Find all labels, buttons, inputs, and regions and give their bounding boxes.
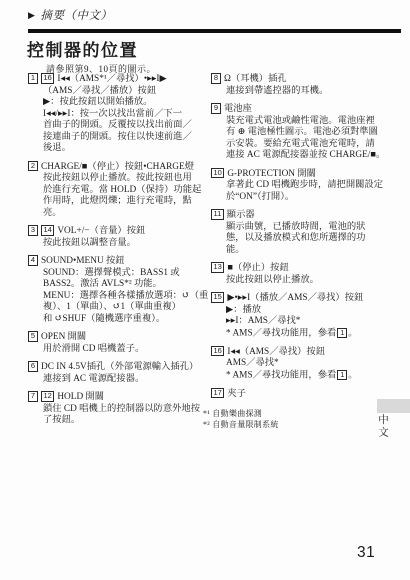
item-text-line: SOUND：選擇聲模式：BASS1 或 — [43, 268, 211, 280]
item-text-line: ▶：播放 — [226, 305, 394, 317]
footnotes: *¹ 自動樂曲探測*² 自動音量限制系統 — [203, 408, 394, 430]
item-text-line: 亮。 — [43, 208, 211, 220]
triangle-marker-icon: ▶ — [28, 10, 35, 20]
item-description: 連接到帶遙控器的耳機。 — [226, 86, 394, 98]
item-text-line: 首曲子的開頭。反覆按以找出前面／ — [43, 120, 211, 132]
item-title: OPEN 開關 — [41, 332, 86, 342]
item-text-line: （AMS／尋找／播放）按鈕 — [43, 86, 211, 98]
manual-item: 10G-PROTECTION 開關拿著此 CD 唱機跑步時，請把開關設定於“ON… — [211, 168, 394, 204]
item-text-line: * AMS／尋找功能用，參看1。 — [226, 328, 394, 340]
item-title: SOUND•MENU 按鈕 — [41, 256, 125, 266]
item-title: 電池座 — [224, 104, 252, 114]
item-text-line: 和 ↺SHUF（隨機選序重複）。 — [43, 314, 211, 326]
item-description: 按此按鈕以停止播放。按此按鈕也用於進行充電。當 HOLD（保持）功能起作用時，此… — [43, 173, 211, 219]
item-number-box: 11 — [211, 209, 224, 220]
item-title: 顯示器 — [227, 210, 255, 220]
item-text-line: 後退。 — [43, 143, 211, 155]
item-description: 拿著此 CD 唱機跑步時，請把開關設定於“ON”（打開）。 — [226, 180, 394, 203]
footnote-line: *² 自動音量限制系統 — [203, 419, 394, 430]
item-text-line: 於進行充電。當 HOLD（保持）功能起 — [43, 185, 211, 197]
item-heading: 16I◂◂（AMS／尋找）按鈕 — [211, 346, 394, 359]
item-number-box: 6 — [28, 361, 38, 372]
footnote-line: *¹ 自動樂曲探測 — [203, 408, 394, 419]
page-title: 控制器的位置 — [27, 36, 138, 61]
section-header-label: 摘要（中文） — [40, 10, 112, 22]
manual-item: 15▶•▸▸I（播放／AMS／尋找）按鈕▶：播放▸▸I：AMS／尋找** AMS… — [211, 292, 394, 340]
manual-item: 9電池座裝充電式電池或鹼性電池。電池座裡有 ⊕ 電池極性圖示。電池必須對準圖示安… — [211, 103, 394, 162]
item-text-line: ▶：按此按鈕以開始播放。 — [43, 97, 211, 109]
item-text-line: 作用時，此燈閃爍；進行充電時，點 — [43, 196, 211, 208]
item-text-line: ▸▸I：AMS／尋找* — [226, 316, 394, 328]
item-title: HOLD 開關 — [57, 392, 104, 402]
item-description: ▶：播放▸▸I：AMS／尋找** AMS／尋找功能用，參看1。 — [226, 305, 394, 340]
item-text-line: 連接到帶遙控器的耳機。 — [226, 86, 394, 98]
item-heading: 116I◂◂（AMS*¹／尋找）•▸▸I▶ — [28, 73, 211, 86]
item-heading: 314VOL+/−（音量）按鈕 — [28, 225, 211, 238]
item-text-line: 按此按鈕以停止播放。按此按鈕也用 — [43, 173, 211, 185]
item-text-line: 態，以及播放模式和您所選擇的功 — [226, 233, 394, 245]
item-number-box: 5 — [28, 331, 38, 342]
item-heading: 15▶•▸▸I（播放／AMS／尋找）按鈕 — [211, 292, 394, 305]
manual-item: 16I◂◂（AMS／尋找）按鈕AMS／尋找** AMS／尋找功能用，參看1。 — [211, 346, 394, 382]
item-number-box: 7 — [28, 391, 38, 402]
item-number-box: 13 — [211, 262, 224, 273]
item-description: 連接到 AC 電源配接器。 — [43, 374, 211, 386]
manual-item: 314VOL+/−（音量）按鈕按此按鈕以調整音量。 — [28, 225, 211, 249]
item-text-line: 用於滑開 CD 唱機蓋子。 — [43, 344, 211, 356]
item-text-line: 於“ON”（打開）。 — [226, 192, 394, 204]
section-header: ▶摘要（中文） — [28, 7, 112, 23]
item-number-box: 3 — [28, 225, 38, 236]
right-column: 8Ω（耳機）插孔連接到帶遙控器的耳機。9電池座裝充電式電池或鹼性電池。電池座裡有… — [211, 73, 394, 433]
item-text-line: 連接到 AC 電源配接器。 — [43, 374, 211, 386]
item-text-line: 了按鈕。 — [43, 415, 211, 427]
manual-item: 8Ω（耳機）插孔連接到帶遙控器的耳機。 — [211, 73, 394, 97]
item-title: I◂◂（AMS*¹／尋找）•▸▸I▶ — [57, 74, 166, 84]
item-text-line: 鎖住 CD 唱機上的控制器以防意外地按 — [43, 404, 211, 416]
item-heading: 4SOUND•MENU 按鈕 — [28, 255, 211, 268]
item-text-line: I◂◂/▸▸I：按一次以找出當前／下一 — [43, 109, 211, 121]
item-heading: 13■（停止）按鈕 — [211, 262, 394, 275]
manual-item: 6DC IN 4.5V插孔（外部電源輸入插孔）連接到 AC 電源配接器。 — [28, 361, 211, 385]
item-number-box: 16 — [211, 346, 224, 357]
item-heading: 712HOLD 開關 — [28, 391, 211, 404]
manual-item: 116I◂◂（AMS*¹／尋找）•▸▸I▶（AMS／尋找／播放）按鈕▶：按此按鈕… — [28, 73, 211, 155]
item-text-line: 接連曲子的開頭。按住以快速前進／ — [43, 132, 211, 144]
item-number-box: 10 — [211, 168, 224, 179]
item-heading: 11顯示器 — [211, 209, 394, 222]
manual-item: 17夾子 — [211, 388, 394, 401]
item-number-box: 12 — [41, 391, 54, 402]
item-description: SOUND：選擇聲模式：BASS1 或BASS2。激活 AVLS*² 功能。ME… — [43, 268, 211, 326]
item-text-line: 連接 AC 電源配接器並按 CHARGE/■。 — [226, 150, 394, 162]
item-heading: 9電池座 — [211, 103, 394, 116]
item-title: 夾子 — [227, 389, 246, 399]
page-number: 31 — [357, 544, 375, 562]
manual-item: 13■（停止）按鈕按此按鈕以停止播放。 — [211, 262, 394, 286]
item-number-box: 1 — [28, 73, 38, 84]
item-heading: 5OPEN 開關 — [28, 331, 211, 344]
item-reference-box: 1 — [337, 370, 347, 381]
item-description: 鎖住 CD 唱機上的控制器以防意外地按了按鈕。 — [43, 404, 211, 427]
item-description: 按此按鈕以調整音量。 — [43, 238, 211, 250]
item-number-box: 16 — [41, 73, 54, 84]
item-text-line: BASS2。激活 AVLS*² 功能。 — [43, 279, 211, 291]
item-title: ▶•▸▸I（播放／AMS／尋找）按鈕 — [227, 293, 363, 303]
item-number-box: 15 — [211, 292, 224, 303]
item-text-line: 裝充電式電池或鹼性電池。電池座裡 — [226, 116, 394, 128]
item-text-line: 拿著此 CD 唱機跑步時，請把開關設定 — [226, 180, 394, 192]
item-text-line: 示安裝。要給充電式電池充電時，請 — [226, 139, 394, 151]
item-title: VOL+/−（音量）按鈕 — [57, 226, 145, 236]
manual-item: 2CHARGE/■（停止）按鈕•CHARGE燈按此按鈕以停止播放。按此按鈕也用於… — [28, 161, 211, 220]
item-heading: 17夾子 — [211, 388, 394, 401]
item-number-box: 2 — [28, 161, 38, 172]
item-text-line: 顯示曲號，已播放時間，電池的狀 — [226, 222, 394, 234]
item-reference-box: 1 — [337, 328, 347, 339]
item-number-box: 4 — [28, 255, 38, 266]
item-description: 裝充電式電池或鹼性電池。電池座裡有 ⊕ 電池極性圖示。電池必須對準圖示安裝。要給… — [226, 116, 394, 162]
item-text-line: 有 ⊕ 電池極性圖示。電池必須對準圖 — [226, 127, 394, 139]
left-column: 116I◂◂（AMS*¹／尋找）•▸▸I▶（AMS／尋找／播放）按鈕▶：按此按鈕… — [28, 73, 211, 433]
item-title: I◂◂（AMS／尋找）按鈕 — [227, 347, 325, 357]
item-number-box: 8 — [211, 73, 221, 84]
item-title: CHARGE/■（停止）按鈕•CHARGE燈 — [41, 162, 194, 172]
language-tab-label: 中文 — [375, 414, 390, 439]
item-description: 按此按鈕以停止播放。 — [226, 275, 394, 287]
item-text-line: 能。 — [226, 245, 394, 257]
two-column-body: 116I◂◂（AMS*¹／尋找）•▸▸I▶（AMS／尋找／播放）按鈕▶：按此按鈕… — [28, 73, 404, 433]
item-text-line: 按此按鈕以停止播放。 — [226, 275, 394, 287]
item-title: DC IN 4.5V插孔（外部電源輸入插孔） — [41, 362, 198, 372]
item-description: 顯示曲號，已播放時間，電池的狀態，以及播放模式和您所選擇的功能。 — [226, 222, 394, 257]
manual-item: 11顯示器顯示曲號，已播放時間，電池的狀態，以及播放模式和您所選擇的功能。 — [211, 209, 394, 256]
item-text-line: AMS／尋找* — [226, 358, 394, 370]
manual-item: 5OPEN 開關用於滑開 CD 唱機蓋子。 — [28, 331, 211, 355]
manual-page: ▶摘要（中文） 控制器的位置 請參照第9、10頁的圖示。 116I◂◂（AMS*… — [0, 0, 410, 580]
language-tab-marker — [377, 399, 410, 413]
header-rule — [28, 29, 401, 33]
item-text-line: 按此按鈕以調整音量。 — [43, 238, 211, 250]
manual-item: 4SOUND•MENU 按鈕SOUND：選擇聲模式：BASS1 或BASS2。激… — [28, 255, 211, 325]
item-description: AMS／尋找** AMS／尋找功能用，參看1。 — [226, 358, 394, 382]
item-heading: 8Ω（耳機）插孔 — [211, 73, 394, 86]
item-description: （AMS／尋找／播放）按鈕▶：按此按鈕以開始播放。I◂◂/▸▸I：按一次以找出當… — [43, 86, 211, 155]
item-title: Ω（耳機）插孔 — [224, 74, 287, 84]
item-description: 用於滑開 CD 唱機蓋子。 — [43, 344, 211, 356]
item-title: ■（停止）按鈕 — [227, 263, 288, 273]
item-heading: 6DC IN 4.5V插孔（外部電源輸入插孔） — [28, 361, 211, 374]
item-title: G-PROTECTION 開關 — [227, 169, 316, 179]
manual-item: 712HOLD 開關鎖住 CD 唱機上的控制器以防意外地按了按鈕。 — [28, 391, 211, 427]
item-heading: 10G-PROTECTION 開關 — [211, 168, 394, 181]
item-text-line: * AMS／尋找功能用，參看1。 — [226, 370, 394, 382]
item-text-line: MENU：選擇各種各樣播放選項：↺（重 — [43, 291, 211, 303]
item-number-box: 14 — [41, 225, 54, 236]
item-number-box: 17 — [211, 388, 224, 399]
item-heading: 2CHARGE/■（停止）按鈕•CHARGE燈 — [28, 161, 211, 174]
item-number-box: 9 — [211, 103, 221, 114]
item-text-line: 複）、1（單曲）、↺1（單曲重複） — [43, 302, 211, 314]
